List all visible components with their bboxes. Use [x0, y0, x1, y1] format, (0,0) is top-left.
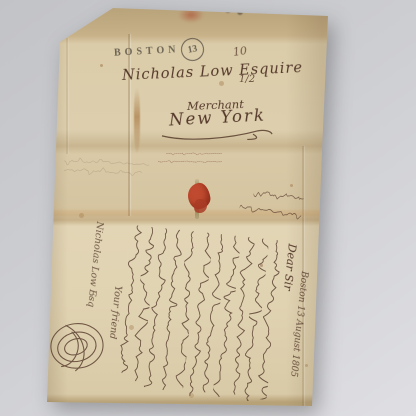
vertical-fold-crease: [128, 34, 130, 216]
foxing-spots: [100, 64, 103, 67]
dark-ink-marks: [224, 4, 232, 13]
brown-stain-streak: [134, 88, 140, 152]
handstamp-line-2: [166, 151, 222, 156]
small-inverted-handstamp-text: [152, 148, 222, 164]
folded-letter-photo: BOSTON 13 10 Nicholas Low Esquire 1/2 Me…: [40, 4, 335, 412]
left-flap-crease: [66, 38, 68, 154]
photo-backdrop: BOSTON 13 10 Nicholas Low Esquire 1/2 Me…: [0, 0, 416, 416]
letter-page-handwriting: Boston 13 August 1805 Dear Sir Your frie…: [41, 217, 312, 408]
footer-addressee: Nicholas Low Esq: [85, 221, 105, 308]
addressee-name: Nicholas Low Esquire: [122, 60, 304, 84]
wax-seal: [186, 181, 212, 217]
fraction-rate-note: 1/2: [239, 74, 255, 85]
boston-straightline-postmark: BOSTON: [114, 44, 180, 58]
signature-flourish: [45, 317, 109, 381]
postmark-day-numeral: 13: [187, 44, 198, 55]
manuscript-rate-mark: 10: [232, 44, 248, 59]
circular-date-postmark: 13: [179, 36, 206, 63]
handstamp-line-1: [158, 159, 222, 164]
docket-line-2: [253, 187, 304, 204]
docket-inscription: [233, 165, 307, 220]
docket-line-1: [239, 202, 302, 221]
letter-paper: BOSTON 13 10 Nicholas Low Esquire 1/2 Me…: [40, 4, 335, 412]
show-through-line-2: [64, 166, 142, 178]
red-ink-smudge: [178, 7, 204, 23]
ink-show-through: [64, 157, 150, 178]
wax-seal-blob-lower: [194, 199, 207, 213]
